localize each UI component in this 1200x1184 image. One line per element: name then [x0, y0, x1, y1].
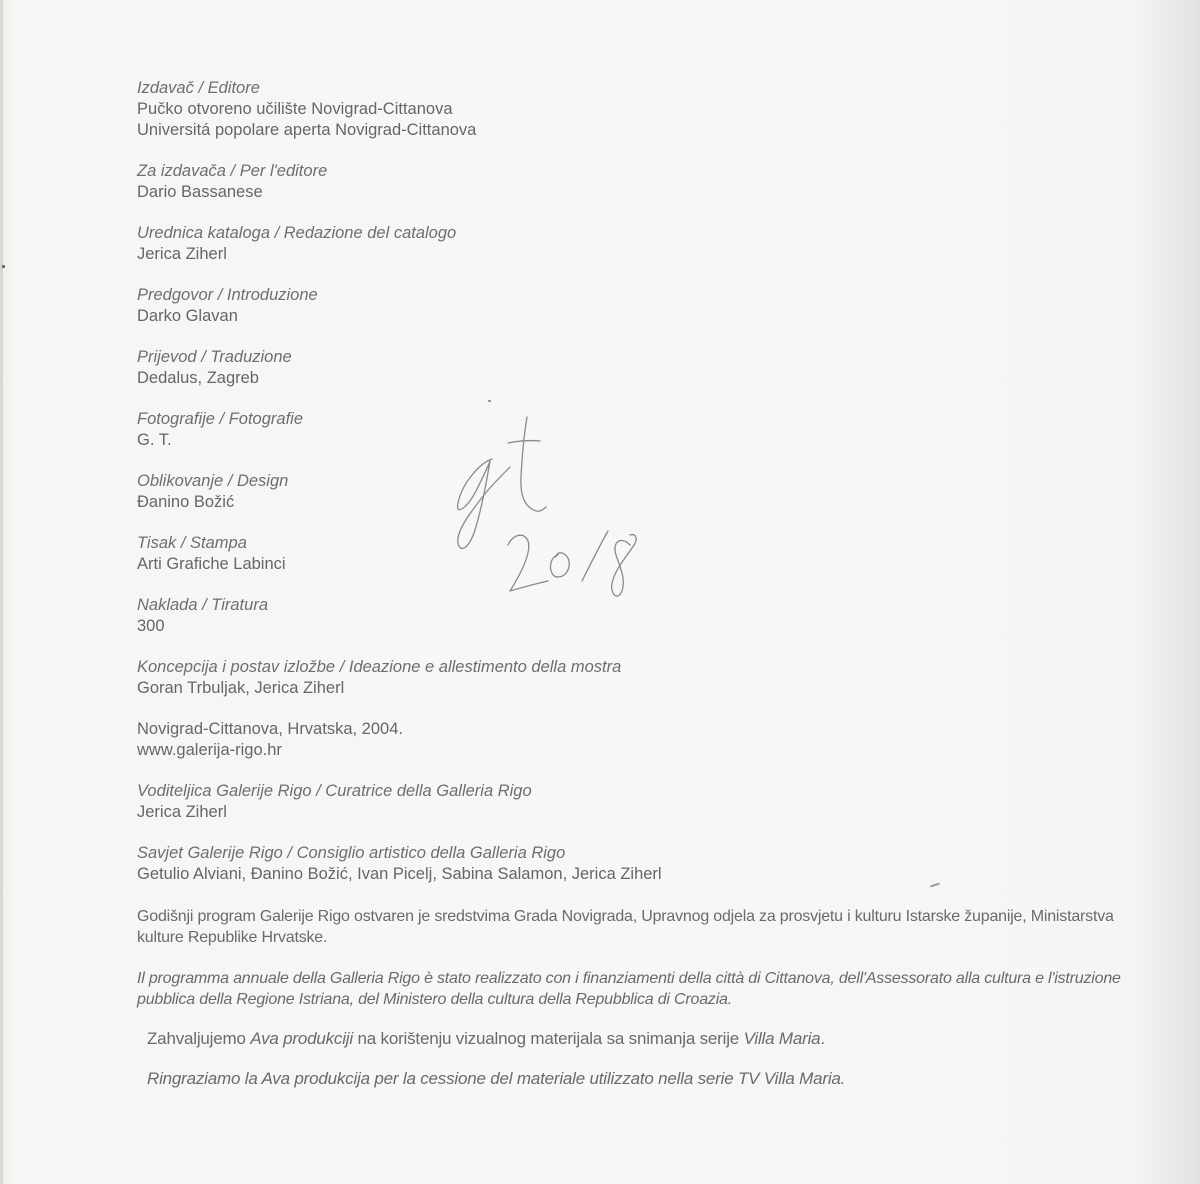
- credit-publisher: Izdavač / Editore Pučko otvoreno učilišt…: [137, 78, 837, 141]
- credit-value: 300: [137, 616, 837, 637]
- credit-value: Pučko otvoreno učilište Novigrad-Cittano…: [137, 99, 837, 120]
- credit-curator: Voditeljica Galerije Rigo / Curatrice de…: [137, 781, 837, 823]
- credit-role: Prijevod / Traduzione: [137, 347, 837, 368]
- paper-speck: [930, 883, 940, 888]
- credit-exhibition-concept: Koncepcija i postav izložbe / Ideazione …: [137, 657, 837, 699]
- ack-text-italian: Ringraziamo la Ava produkcija per la ces…: [147, 1069, 845, 1088]
- handwritten-8: [612, 535, 636, 596]
- credit-translation: Prijevod / Traduzione Dedalus, Zagreb: [137, 347, 837, 389]
- credit-value: Jerica Ziherl: [137, 244, 837, 265]
- credit-role: Izdavač / Editore: [137, 78, 837, 99]
- credit-catalog-editor: Urednica kataloga / Redazione del catalo…: [137, 223, 837, 265]
- credit-value: Getulio Alviani, Đanino Božić, Ivan Pice…: [137, 864, 837, 885]
- credit-value: Dedalus, Zagreb: [137, 368, 837, 389]
- credit-introduction: Predgovor / Introduzione Darko Glavan: [137, 285, 837, 327]
- ack-text: Zahvaljujemo: [147, 1029, 250, 1048]
- handwritten-1: [582, 531, 608, 581]
- ack-text: na korištenju vizualnog materijala sa sn…: [353, 1029, 744, 1048]
- website-link[interactable]: www.galerija-rigo.hr: [137, 740, 837, 761]
- handwritten-0: [551, 553, 570, 577]
- funding-notes: Godišnji program Galerije Rigo ostvaren …: [137, 906, 1127, 1030]
- publication-place: Novigrad-Cittanova, Hrvatska, 2004.: [137, 719, 837, 740]
- paper-speck: [2, 265, 5, 268]
- handwritten-g: [458, 459, 510, 548]
- credit-artistic-council: Savjet Galerije Rigo / Consiglio artisti…: [137, 843, 837, 885]
- credit-value: Darko Glavan: [137, 306, 837, 327]
- credit-value: Goran Trbuljak, Jerica Ziherl: [137, 678, 837, 699]
- funding-note-italian: Il programma annuale della Galleria Rigo…: [137, 968, 1127, 1010]
- handwritten-annotation: [440, 395, 680, 605]
- credit-value: Universitá popolare aperta Novigrad-Citt…: [137, 120, 837, 141]
- handwritten-2: [508, 535, 548, 591]
- catalog-colophon-page: Izdavač / Editore Pučko otvoreno učilišt…: [0, 0, 1200, 1184]
- credit-role: Predgovor / Introduzione: [137, 285, 837, 306]
- paper-speck: [488, 400, 491, 402]
- funding-note-croatian: Godišnji program Galerije Rigo ostvaren …: [137, 906, 1127, 948]
- credit-role: Savjet Galerije Rigo / Consiglio artisti…: [137, 843, 837, 864]
- ack-company: Ava produkciji: [250, 1029, 353, 1048]
- ack-series: Villa Maria: [744, 1029, 821, 1048]
- acknowledgement-italian: Ringraziamo la Ava produkcija per la ces…: [147, 1068, 1097, 1090]
- page-edge: [0, 0, 3, 1184]
- credit-role: Za izdavača / Per l'editore: [137, 161, 837, 182]
- credit-for-publisher: Za izdavača / Per l'editore Dario Bassan…: [137, 161, 837, 203]
- acknowledgement-croatian: Zahvaljujemo Ava produkciji na korištenj…: [147, 1028, 1097, 1050]
- credit-role: Koncepcija i postav izložbe / Ideazione …: [137, 657, 837, 678]
- publication-place-and-website: Novigrad-Cittanova, Hrvatska, 2004. www.…: [137, 719, 837, 761]
- ack-text: .: [820, 1029, 825, 1048]
- acknowledgements: Zahvaljujemo Ava produkciji na korištenj…: [147, 1028, 1097, 1108]
- credit-value: Jerica Ziherl: [137, 802, 837, 823]
- credit-role: Urednica kataloga / Redazione del catalo…: [137, 223, 837, 244]
- credit-value: Dario Bassanese: [137, 182, 837, 203]
- handwritten-t: [521, 417, 546, 511]
- credit-role: Voditeljica Galerije Rigo / Curatrice de…: [137, 781, 837, 802]
